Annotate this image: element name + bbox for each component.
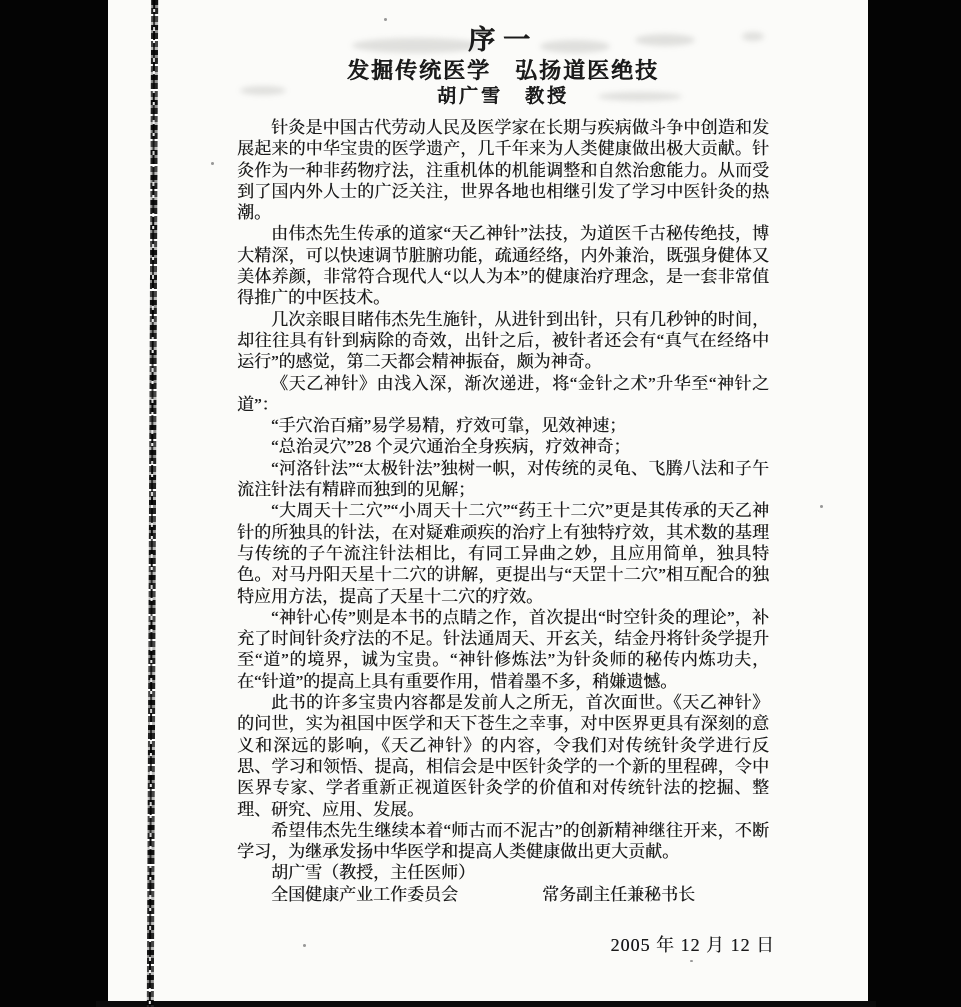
signature-block: 胡广雪（教授，主任医师） 全国健康产业工作委员会常务副主任兼秘书长 — [237, 862, 769, 905]
preface-paragraph: “总治灵穴”28 个灵穴通治全身疾病，疗效神奇； — [237, 436, 769, 457]
page-subtitle: 发掘传统医学 弘扬道医绝技 — [237, 57, 769, 84]
preface-paragraph: “大周天十二穴”“小周天十二穴”“药王十二穴”更是其传承的天乙神针的所独具的针法… — [237, 500, 769, 606]
right-scan-border — [868, 0, 961, 1007]
signature-position: 常务副主任兼秘书长 — [542, 885, 695, 904]
preface-body: 针灸是中国古代劳动人民及医学家在长期与疾病做斗争中创造和发展起来的中华宝贵的医学… — [237, 117, 769, 862]
scan-speck — [384, 18, 387, 21]
scan-speck — [820, 505, 823, 508]
binding-noise-strip — [147, 0, 158, 1007]
date-line: 2005 年 12 月 12 日 — [237, 931, 775, 957]
scanned-preface-page: 序一 发掘传统医学 弘扬道医绝技 胡广雪 教授 针灸是中国古代劳动人民及医学家在… — [0, 0, 961, 1007]
signature-name: 胡广雪（教授，主任医师） — [237, 862, 769, 883]
preface-paragraph: “手穴治百痛”易学易精，疗效可靠，见效神速； — [237, 415, 769, 436]
page-title: 序一 — [237, 24, 769, 56]
preface-paragraph: “河洛针法”“太极针法”独树一帜，对传统的灵龟、飞腾八法和子午流注针法有精辟而独… — [237, 458, 769, 501]
scan-speck — [690, 960, 693, 962]
preface-paragraph: 针灸是中国古代劳动人民及医学家在长期与疾病做斗争中创造和发展起来的中华宝贵的医学… — [237, 117, 769, 223]
bottom-scan-border — [96, 1001, 876, 1007]
author-line: 胡广雪 教授 — [237, 85, 769, 109]
preface-paragraph: “神针心传”则是本书的点睛之作，首次提出“时空针灸的理论”，补充了时间针灸疗法的… — [237, 607, 769, 692]
preface-paragraph: 由伟杰先生传承的道家“天乙神针”法技，为道医千古秘传绝技，博大精深，可以快速调节… — [237, 223, 769, 308]
preface-paragraph: 几次亲眼目睹伟杰先生施针，从进针到出针，只有几秒钟的时间，却往往具有针到病除的奇… — [237, 309, 769, 373]
left-scan-border — [0, 0, 108, 1007]
signature-affiliation: 全国健康产业工作委员会常务副主任兼秘书长 — [237, 884, 769, 905]
scan-speck — [211, 162, 214, 165]
signature-organization: 全国健康产业工作委员会 — [271, 885, 458, 904]
preface-paragraph: 希望伟杰先生继续本着“师古而不泥古”的创新精神继往开来，不断学习，为继承发扬中华… — [237, 820, 769, 863]
preface-text-column: 序一 发掘传统医学 弘扬道医绝技 胡广雪 教授 针灸是中国古代劳动人民及医学家在… — [237, 24, 769, 957]
preface-paragraph: 此书的许多宝贵内容都是发前人之所无，首次面世。《天乙神针》的问世，实为祖国中医学… — [237, 692, 769, 820]
preface-paragraph: 《天乙神针》由浅入深，渐次递进，将“金针之术”升华至“神针之道”： — [237, 373, 769, 416]
